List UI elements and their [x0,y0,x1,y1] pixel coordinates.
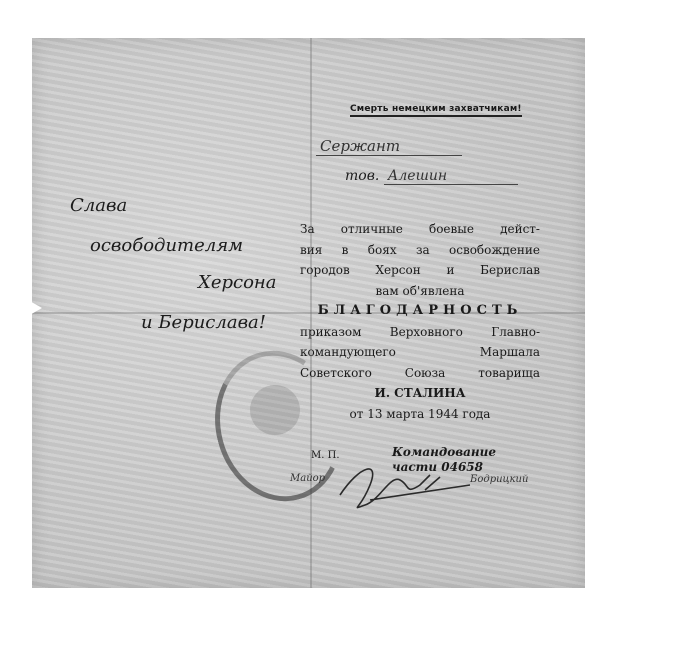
recipient-row: тов. Алешин [345,168,525,185]
signature [330,455,480,515]
slogan-line-4: и Берислава! [141,312,266,333]
handwritten-rank: Сержант [316,137,462,156]
handwritten-name: Алешин [384,168,518,185]
slogan-line-1: Слава [70,195,127,216]
slogan-line-3: Херсона [198,272,277,293]
citation-body: За отличные боевые дейст- вия в боях за … [300,219,540,424]
body-line: городов Херсон и Берислав [300,260,540,281]
tov-label: тов. [345,168,379,184]
motto-header: Смерть немецким захватчикам! [350,104,522,117]
body-line: За отличные боевые дейст- [300,219,540,240]
slogan-line-2: освободителям [90,235,243,256]
stamp-emblem [250,385,300,435]
body-line: вия в боях за освобождение [300,240,540,261]
body-line: командующего Маршала [300,342,540,363]
body-line: вам об'явлена [300,281,540,302]
signer-rank: Майор [290,473,325,484]
paper-tear [28,300,42,316]
body-line: приказом Верховного Главно- [300,322,540,343]
gratitude-heading: БЛАГОДАРНОСТЬ [300,301,540,322]
body-line: Советского Союза товарища [300,363,540,384]
